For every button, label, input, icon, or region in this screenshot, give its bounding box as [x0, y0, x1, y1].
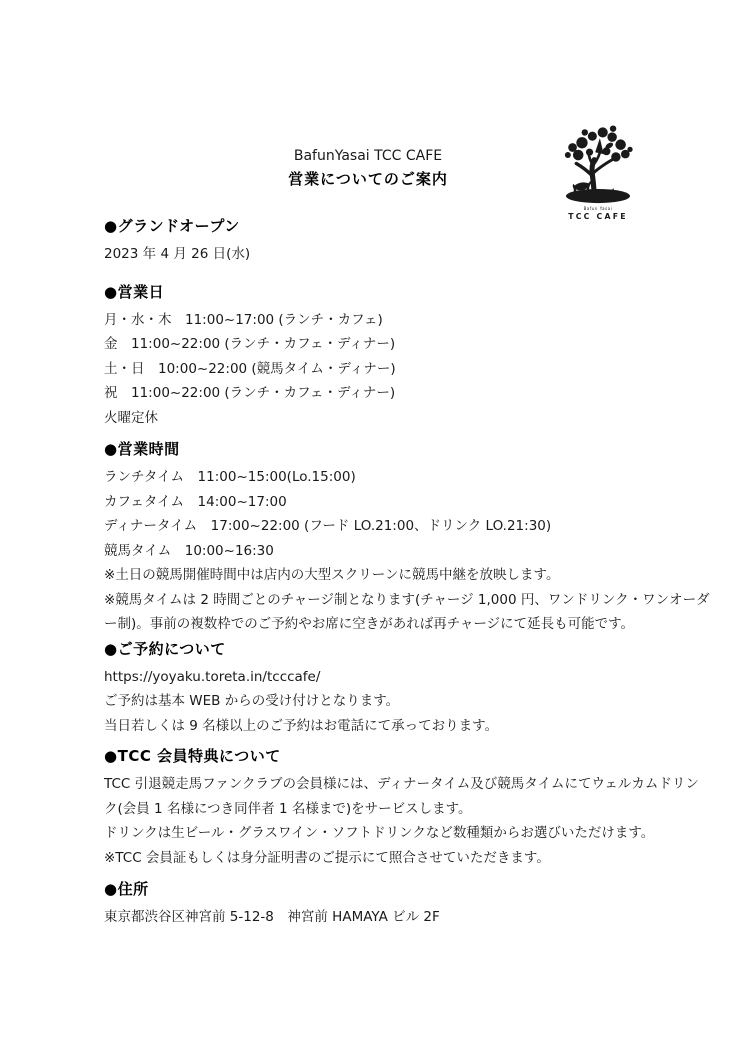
document-page: BafunYasai TCC CAFE 営業についてのご案内 — [0, 0, 736, 1041]
section-heading: ●営業時間 — [104, 439, 632, 459]
note-line: ※競馬タイムは 2 時間ごとのチャージ制となります(チャージ 1,000 円、ワ… — [104, 588, 632, 613]
body-line: 当日若しくは 9 名様以上のご予約はお電話にて承っております。 — [104, 714, 632, 739]
body-line: 金 11:00~22:00 (ランチ・カフェ・ディナー) — [104, 332, 632, 357]
section-heading: ●営業日 — [104, 282, 632, 302]
body-line: 月・水・木 11:00~17:00 (ランチ・カフェ) — [104, 308, 632, 333]
section-reservation: ●ご予約について https://yoyaku.toreta.in/tcccaf… — [104, 639, 632, 739]
body-line: 競馬タイム 10:00~16:30 — [104, 539, 632, 564]
section-grand-open: ●グランドオープン 2023 年 4 月 26 日(水) — [104, 216, 632, 267]
logo-text: TCC CAFE — [568, 212, 628, 221]
tcc-cafe-logo: Bafun Yasai TCC CAFE — [549, 123, 647, 221]
body-line: 祝 11:00~22:00 (ランチ・カフェ・ディナー) — [104, 381, 632, 406]
reservation-url: https://yoyaku.toreta.in/tcccafe/ — [104, 665, 632, 690]
body-line: ご予約は基本 WEB からの受け付けとなります。 — [104, 689, 632, 714]
section-heading: ●住所 — [104, 879, 632, 899]
section-business-days: ●営業日 月・水・木 11:00~17:00 (ランチ・カフェ) 金 11:00… — [104, 282, 632, 431]
address-line: 東京都渋谷区神宮前 5-12-8 神宮前 HAMAYA ビル 2F — [104, 905, 632, 930]
section-tcc-member-benefits: ●TCC 会員特典について TCC 引退競走馬ファンクラブの会員様には、ディナー… — [104, 746, 632, 870]
logo-subtext: Bafun Yasai — [584, 206, 613, 211]
note-line: ※土日の競馬開催時間中は店内の大型スクリーンに競馬中継を放映します。 — [104, 563, 632, 588]
body-line: カフェタイム 14:00~17:00 — [104, 490, 632, 515]
body-line: 2023 年 4 月 26 日(水) — [104, 242, 632, 267]
note-line: ー制)。事前の複数枠でのご予約やお席に空きがあれば再チャージにて延長も可能です。 — [104, 612, 632, 637]
body-line: ディナータイム 17:00~22:00 (フード LO.21:00、ドリンク L… — [104, 514, 632, 539]
body-line: ランチタイム 11:00~15:00(Lo.15:00) — [104, 465, 632, 490]
body-line: 火曜定休 — [104, 406, 632, 431]
body-line: 土・日 10:00~22:00 (競馬タイム・ディナー) — [104, 357, 632, 382]
body-line: ドリンクは生ビール・グラスワイン・ソフトドリンクなど数種類からお選びいただけます… — [104, 821, 632, 846]
section-address: ●住所 東京都渋谷区神宮前 5-12-8 神宮前 HAMAYA ビル 2F — [104, 879, 632, 930]
section-heading: ●ご予約について — [104, 639, 632, 659]
body-line: TCC 引退競走馬ファンクラブの会員様には、ディナータイム及び競馬タイムにてウェ… — [104, 772, 632, 797]
body-line: ク(会員 1 名様につき同伴者 1 名様まで)をサービスします。 — [104, 797, 632, 822]
note-line: ※TCC 会員証もしくは身分証明書のご提示にて照合させていただきます。 — [104, 846, 632, 871]
doc-body: ●グランドオープン 2023 年 4 月 26 日(水) ●営業日 月・水・木 … — [0, 216, 736, 930]
section-heading: ●TCC 会員特典について — [104, 746, 632, 766]
section-business-hours: ●営業時間 ランチタイム 11:00~15:00(Lo.15:00) カフェタイ… — [104, 439, 632, 637]
